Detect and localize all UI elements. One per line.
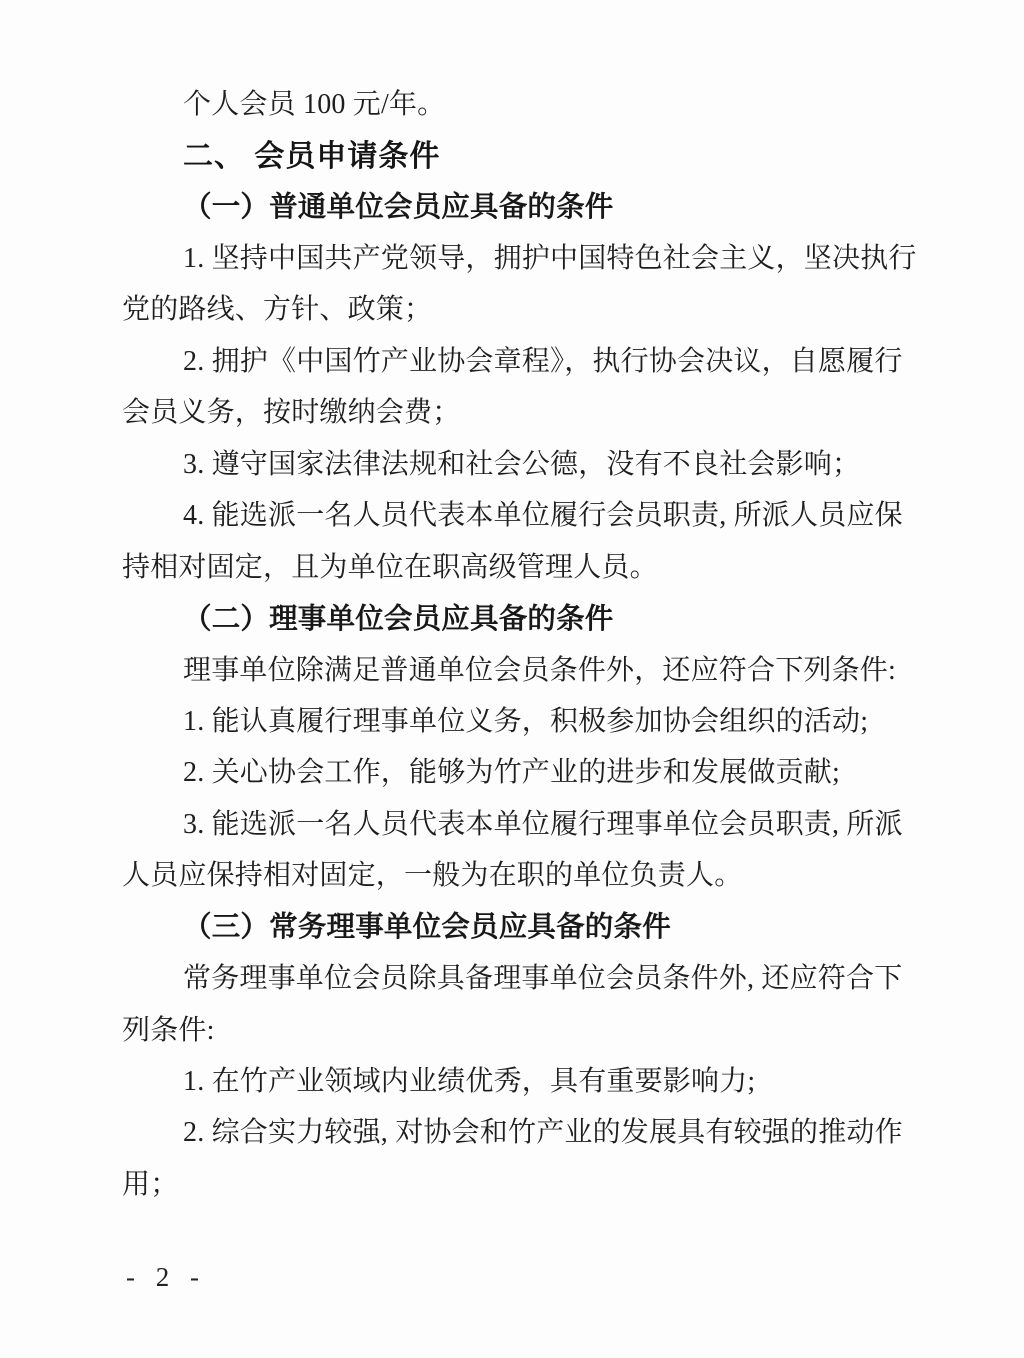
body-line: 持相对固定，且为单位在职高级管理人员。 <box>122 539 982 590</box>
body-line: 常务理事单位会员除具备理事单位会员条件外, 还应符合下 <box>122 950 982 1001</box>
body-line: 2. 拥护《中国竹产业协会章程》，执行协会决议，自愿履行 <box>122 333 982 384</box>
body-line: 列条件: <box>122 1002 982 1053</box>
document-body: 个人会员 100 元/年。 二、 会员申请条件 （一）普通单位会员应具备的条件 … <box>122 76 982 1208</box>
section-heading-membership-application: 二、 会员申请条件 <box>122 127 982 178</box>
subsection-heading-director-unit-member: （二）理事单位会员应具备的条件 <box>122 590 982 641</box>
body-line-individual-fee: 个人会员 100 元/年。 <box>122 76 982 127</box>
body-line: 党的路线、方针、政策； <box>122 282 982 333</box>
body-line: 2. 关心协会工作，能够为竹产业的进步和发展做贡献; <box>122 745 982 796</box>
body-line: 1. 在竹产业领域内业绩优秀，具有重要影响力; <box>122 1053 982 1104</box>
subsection-heading-standing-director-unit-member: （三）常务理事单位会员应具备的条件 <box>122 899 982 950</box>
document-page: 个人会员 100 元/年。 二、 会员申请条件 （一）普通单位会员应具备的条件 … <box>0 0 1024 1358</box>
body-line: 3. 能选派一名人员代表本单位履行理事单位会员职责, 所派 <box>122 796 982 847</box>
body-line: 人员应保持相对固定，一般为在职的单位负责人。 <box>122 848 982 899</box>
body-line: 1. 坚持中国共产党领导，拥护中国特色社会主义，坚决执行 <box>122 230 982 281</box>
body-line: 1. 能认真履行理事单位义务，积极参加协会组织的活动; <box>122 693 982 744</box>
body-line: 会员义务，按时缴纳会费； <box>122 385 982 436</box>
body-line: 理事单位除满足普通单位会员条件外，还应符合下列条件: <box>122 642 982 693</box>
page-number: - 2 - <box>126 1262 206 1293</box>
body-line: 4. 能选派一名人员代表本单位履行会员职责, 所派人员应保 <box>122 488 982 539</box>
body-line: 2. 综合实力较强, 对协会和竹产业的发展具有较强的推动作 <box>122 1105 982 1156</box>
body-line: 3. 遵守国家法律法规和社会公德，没有不良社会影响； <box>122 436 982 487</box>
body-line: 用； <box>122 1156 982 1207</box>
subsection-heading-ordinary-unit-member: （一）普通单位会员应具备的条件 <box>122 179 982 230</box>
